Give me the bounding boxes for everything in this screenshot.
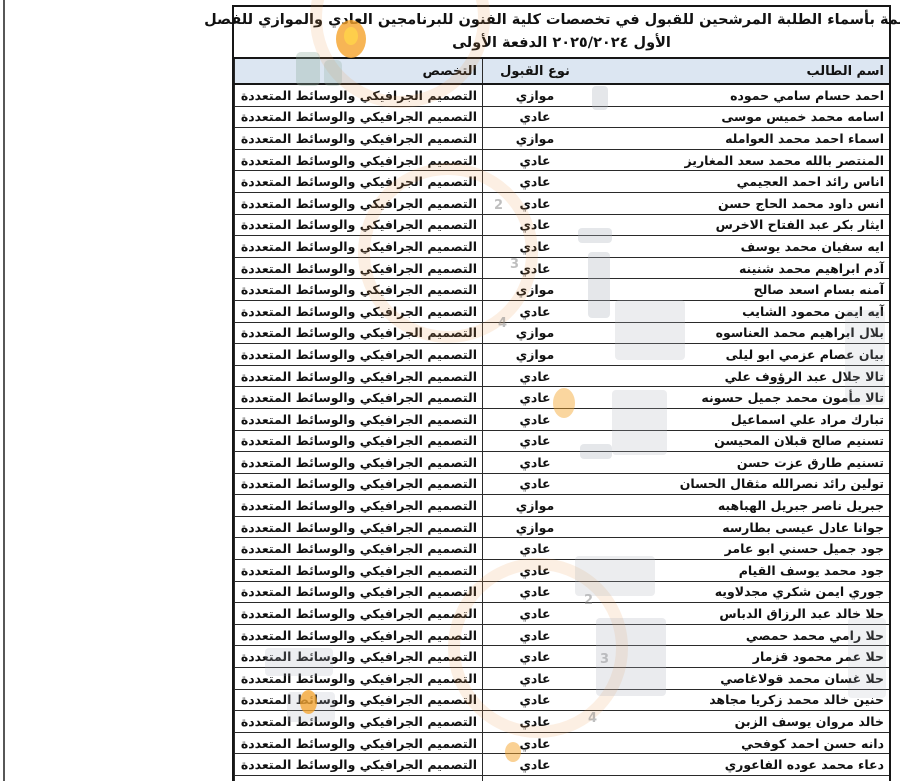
specialization-cell: التصميم الجرافيكي والوسائط المتعددة [234,279,482,300]
admission-type-cell: عادي [482,193,587,214]
specialization-cell: التصميم الجرافيكي والوسائط المتعددة [234,538,482,559]
table-row: اناس رائد احمد العجيميعاديالتصميم الجراف… [234,171,889,193]
specialization-cell: التصميم الجرافيكي والوسائط المتعددة [234,474,482,495]
table-row: آدم ابراهيم محمد شنينهعاديالتصميم الجراف… [234,258,889,280]
empty-cell [587,776,889,781]
specialization-cell: التصميم الجرافيكي والوسائط المتعددة [234,128,482,149]
document-title: قائمة بأسماء الطلبة المرشحين للقبول في ت… [234,7,889,59]
specialization-cell: التصميم الجرافيكي والوسائط المتعددة [234,344,482,365]
table-row: المنتصر بالله محمد سعد المغاريزعاديالتصم… [234,150,889,172]
table-row: جود محمد يوسف القيامعاديالتصميم الجرافيك… [234,560,889,582]
title-line-2: الأول ٢٠٢٥/٢٠٢٤ الدفعة الأولى [452,32,671,55]
student-name-cell: اناس رائد احمد العجيمي [587,171,889,192]
student-name-cell: اسماء احمد محمد العوامله [587,128,889,149]
empty-cell [234,776,482,781]
table-row: ايه سفيان محمد يوسفعاديالتصميم الجرافيكي… [234,236,889,258]
admission-type-cell: عادي [482,150,587,171]
specialization-cell: التصميم الجرافيكي والوسائط المتعددة [234,387,482,408]
admission-type-cell: عادي [482,409,587,430]
admission-type-cell: عادي [482,754,587,775]
table-row: جود جميل حسني ابو عامرعاديالتصميم الجراف… [234,538,889,560]
student-name-cell: بيان عصام عزمي ابو ليلى [587,344,889,365]
specialization-cell: التصميم الجرافيكي والوسائط المتعددة [234,301,482,322]
student-name-cell: جود محمد يوسف القيام [587,560,889,581]
student-name-cell: دانه حسن احمد كوفحي [587,733,889,754]
student-name-cell: جود جميل حسني ابو عامر [587,538,889,559]
student-name-cell: جبريل ناصر جبريل الهباهبه [587,495,889,516]
table-row: تسنيم طارق عزت حسنعاديالتصميم الجرافيكي … [234,452,889,474]
specialization-cell: التصميم الجرافيكي والوسائط المتعددة [234,560,482,581]
table-row: اسامه محمد خميس موسىعاديالتصميم الجرافيك… [234,107,889,129]
table-row: حلا غسان محمد قولاغاصيعاديالتصميم الجراف… [234,668,889,690]
student-name-cell: تالا جلال عبد الرؤوف علي [587,366,889,387]
student-name-cell: جوري ايمن شكري مجدلاويه [587,582,889,603]
specialization-cell: التصميم الجرافيكي والوسائط المتعددة [234,85,482,106]
table-row: تبارك مراد علي اسماعيلعاديالتصميم الجراف… [234,409,889,431]
table-row: جوري ايمن شكري مجدلاويهعاديالتصميم الجرا… [234,582,889,604]
admission-type-cell: عادي [482,387,587,408]
student-name-cell: احمد حسام سامي حموده [587,85,889,106]
admission-type-cell: عادي [482,171,587,192]
student-name-cell: آمنه بسام اسعد صالح [587,279,889,300]
student-name-cell: تولين رائد نصرالله مثقال الحسان [587,474,889,495]
student-name-cell: اسامه محمد خميس موسى [587,107,889,128]
table-row: حلا خالد عبد الرزاق الدباسعاديالتصميم ال… [234,603,889,625]
student-name-cell: بلال ابراهيم محمد العناسوه [587,323,889,344]
admission-type-cell: عادي [482,474,587,495]
student-name-cell: ايثار بكر عبد الفتاح الاخرس [587,215,889,236]
specialization-cell: التصميم الجرافيكي والوسائط المتعددة [234,323,482,344]
specialization-cell: التصميم الجرافيكي والوسائط المتعددة [234,215,482,236]
student-name-cell: آيه ايمن محمود الشايب [587,301,889,322]
student-name-cell: المنتصر بالله محمد سعد المغاريز [587,150,889,171]
page-edge-line [3,0,5,781]
student-name-cell: خالد مروان يوسف الزبن [587,711,889,732]
admission-type-cell: عادي [482,646,587,667]
admission-type-cell: عادي [482,215,587,236]
student-name-cell: تسنيم طارق عزت حسن [587,452,889,473]
table-row: احمد حسام سامي حمودهموازيالتصميم الجرافي… [234,85,889,107]
student-name-cell: دعاء محمد عوده الفاعوري [587,754,889,775]
title-line-1: قائمة بأسماء الطلبة المرشحين للقبول في ت… [204,9,900,32]
specialization-cell: التصميم الجرافيكي والوسائط المتعددة [234,625,482,646]
specialization-cell: التصميم الجرافيكي والوسائط المتعددة [234,171,482,192]
admission-type-cell: عادي [482,452,587,473]
empty-cell [482,776,587,781]
admission-type-cell: موازي [482,495,587,516]
admission-type-cell: عادي [482,258,587,279]
admission-type-cell: عادي [482,301,587,322]
table-row: آيه ايمن محمود الشايبعاديالتصميم الجرافي… [234,301,889,323]
student-name-cell: جوانا عادل عيسى بطارسه [587,517,889,538]
specialization-cell: التصميم الجرافيكي والوسائط المتعددة [234,711,482,732]
admission-type-cell: موازي [482,128,587,149]
student-name-cell: حلا عمر محمود قزمار [587,646,889,667]
table-row: حنين خالد محمد زكريا مجاهدعاديالتصميم ال… [234,690,889,712]
student-name-cell: آدم ابراهيم محمد شنينه [587,258,889,279]
specialization-cell: التصميم الجرافيكي والوسائط المتعددة [234,236,482,257]
student-name-cell: ايه سفيان محمد يوسف [587,236,889,257]
admission-type-cell: موازي [482,344,587,365]
table-row: اسماء احمد محمد العواملهموازيالتصميم الج… [234,128,889,150]
specialization-cell: التصميم الجرافيكي والوسائط المتعددة [234,366,482,387]
table-row: حلا عمر محمود قزمارعاديالتصميم الجرافيكي… [234,646,889,668]
table-row: بلال ابراهيم محمد العناسوهموازيالتصميم ا… [234,323,889,345]
admission-type-cell: موازي [482,279,587,300]
admission-type-cell: موازي [482,323,587,344]
table-row: انس داود محمد الحاج حسنعاديالتصميم الجرا… [234,193,889,215]
admission-type-cell: عادي [482,538,587,559]
admission-type-cell: عادي [482,711,587,732]
admission-type-cell: عادي [482,431,587,452]
admission-type-cell: عادي [482,625,587,646]
specialization-cell: التصميم الجرافيكي والوسائط المتعددة [234,517,482,538]
student-name-cell: حنين خالد محمد زكريا مجاهد [587,690,889,711]
specialization-cell: التصميم الجرافيكي والوسائط المتعددة [234,452,482,473]
specialization-cell: التصميم الجرافيكي والوسائط المتعددة [234,431,482,452]
header-student-name: اسم الطالب [587,59,889,83]
specialization-cell: التصميم الجرافيكي والوسائط المتعددة [234,603,482,624]
admission-type-cell: عادي [482,107,587,128]
table-row: حلا رامي محمد حمصيعاديالتصميم الجرافيكي … [234,625,889,647]
table-row: آمنه بسام اسعد صالحموازيالتصميم الجرافيك… [234,279,889,301]
student-name-cell: حلا رامي محمد حمصي [587,625,889,646]
student-name-cell: تبارك مراد علي اسماعيل [587,409,889,430]
table-row: جوانا عادل عيسى بطارسهموازيالتصميم الجرا… [234,517,889,539]
table-row: تالا جلال عبد الرؤوف عليعاديالتصميم الجر… [234,366,889,388]
admission-type-cell: عادي [482,690,587,711]
admission-list-table: قائمة بأسماء الطلبة المرشحين للقبول في ت… [232,5,891,781]
specialization-cell: التصميم الجرافيكي والوسائط المتعددة [234,646,482,667]
specialization-cell: التصميم الجرافيكي والوسائط المتعددة [234,193,482,214]
admission-type-cell: عادي [482,582,587,603]
table-row: دانه حسن احمد كوفحيعاديالتصميم الجرافيكي… [234,733,889,755]
table-row-partial [234,776,889,781]
table-row: خالد مروان يوسف الزبنعاديالتصميم الجرافي… [234,711,889,733]
table-row: جبريل ناصر جبريل الهباهبهموازيالتصميم ال… [234,495,889,517]
admission-type-cell: موازي [482,517,587,538]
specialization-cell: التصميم الجرافيكي والوسائط المتعددة [234,495,482,516]
admission-type-cell: عادي [482,236,587,257]
student-name-cell: تالا مأمون محمد جميل حسونه [587,387,889,408]
table-row: ايثار بكر عبد الفتاح الاخرسعاديالتصميم ا… [234,215,889,237]
table-row: دعاء محمد عوده الفاعوريعاديالتصميم الجرا… [234,754,889,776]
table-row: تالا مأمون محمد جميل حسونهعاديالتصميم ال… [234,387,889,409]
specialization-cell: التصميم الجرافيكي والوسائط المتعددة [234,150,482,171]
table-row: بيان عصام عزمي ابو ليلىموازيالتصميم الجر… [234,344,889,366]
student-name-cell: حلا خالد عبد الرزاق الدباس [587,603,889,624]
table-row: تولين رائد نصرالله مثقال الحسانعاديالتصم… [234,474,889,496]
admission-type-cell: موازي [482,85,587,106]
admission-type-cell: عادي [482,366,587,387]
admission-type-cell: عادي [482,603,587,624]
student-name-cell: انس داود محمد الحاج حسن [587,193,889,214]
header-specialization: التخصص [234,59,482,83]
header-admission-type: نوع القبول [482,59,587,83]
specialization-cell: التصميم الجرافيكي والوسائط المتعددة [234,107,482,128]
specialization-cell: التصميم الجرافيكي والوسائط المتعددة [234,690,482,711]
table-header-row: اسم الطالب نوع القبول التخصص [234,59,889,85]
table-row: تسنيم صالح قبلان المحيسنعاديالتصميم الجر… [234,431,889,453]
specialization-cell: التصميم الجرافيكي والوسائط المتعددة [234,733,482,754]
student-name-cell: تسنيم صالح قبلان المحيسن [587,431,889,452]
specialization-cell: التصميم الجرافيكي والوسائط المتعددة [234,582,482,603]
admission-type-cell: عادي [482,733,587,754]
specialization-cell: التصميم الجرافيكي والوسائط المتعددة [234,754,482,775]
student-name-cell: حلا غسان محمد قولاغاصي [587,668,889,689]
table-body: احمد حسام سامي حمودهموازيالتصميم الجرافي… [234,85,889,781]
specialization-cell: التصميم الجرافيكي والوسائط المتعددة [234,409,482,430]
specialization-cell: التصميم الجرافيكي والوسائط المتعددة [234,668,482,689]
specialization-cell: التصميم الجرافيكي والوسائط المتعددة [234,258,482,279]
admission-type-cell: عادي [482,560,587,581]
admission-type-cell: عادي [482,668,587,689]
